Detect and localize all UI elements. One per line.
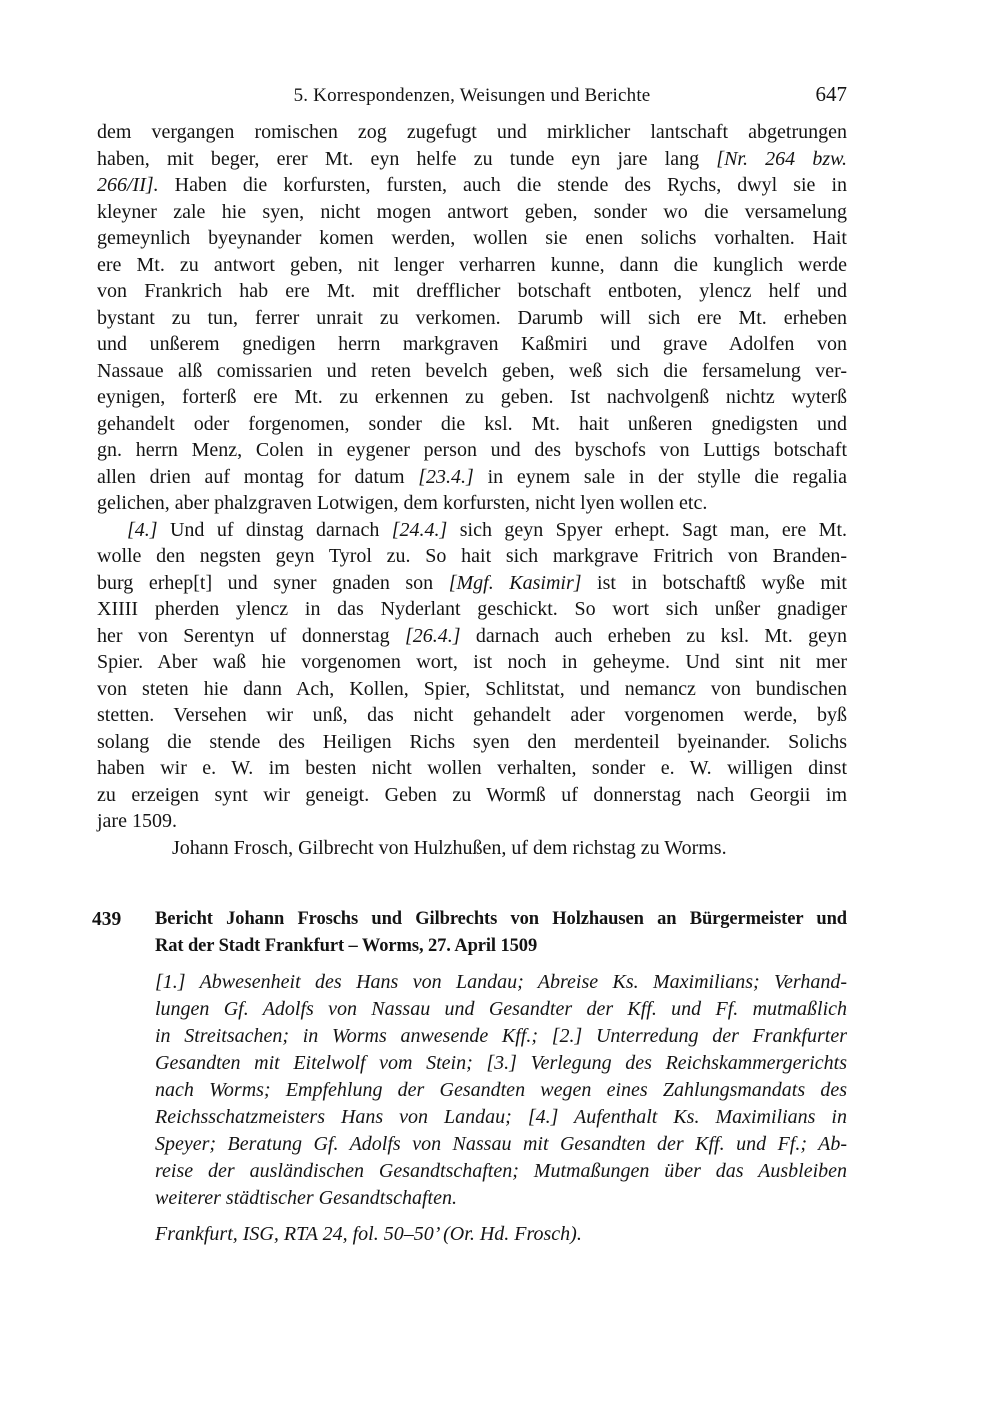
text-line: und unßerem gnedigen herrn markgraven Ka… <box>97 331 847 358</box>
page-number: 647 <box>816 82 848 106</box>
entry-439: 439 Bericht Johann Froschs und Gilbrecht… <box>92 906 847 1248</box>
text-line: allen drien auf montag for datum [23.4.]… <box>97 464 847 491</box>
text-line: nach Worms; Empfehlung der Gesandten weg… <box>155 1077 847 1104</box>
text-line: von steten hie dann Ach, Kollen, Spier, … <box>97 676 847 703</box>
entry-summary: [1.] Abwesenheit des Hans von Landau; Ab… <box>155 969 847 1212</box>
text-line: XIIII pherden ylencz in das Nyderlant ge… <box>97 596 847 623</box>
text-line: her von Serentyn uf donnerstag [26.4.] d… <box>97 623 847 650</box>
section-title: 5. Korrespondenzen, Weisungen und Berich… <box>97 84 847 108</box>
text-line: solang die stende des Heiligen Richs sye… <box>97 729 847 756</box>
text-line: Reichsschatzmeisters Hans von Landau; [4… <box>155 1104 847 1131</box>
letter-signature: Johann Frosch, Gilbrecht von Hulzhußen, … <box>97 835 847 862</box>
text-line: Spier. Aber waß hie vorgenomen wort, ist… <box>97 649 847 676</box>
text-line: Speyer; Beratung Gf. Adolfs von Nassau m… <box>155 1131 847 1158</box>
entry-content: Bericht Johann Froschs und Gilbrechts vo… <box>155 906 847 1248</box>
text-line: gelichen, aber phalzgraven Lotwigen, dem… <box>97 490 847 517</box>
text-line: ere Mt. zu antwort geben, nit lenger ver… <box>97 252 847 279</box>
text-line: [1.] Abwesenheit des Hans von Landau; Ab… <box>155 969 847 996</box>
text-line: in Streitsachen; in Worms anwesende Kff.… <box>155 1023 847 1050</box>
text-line: gemeynlich byeynander komen werden, woll… <box>97 225 847 252</box>
text-line: lungen Gf. Adolfs von Nassau und Gesandt… <box>155 996 847 1023</box>
text-line: von Frankrich hab ere Mt. mit dreffliche… <box>97 278 847 305</box>
text-line: weiterer städtischer Gesandtschaften. <box>155 1185 847 1212</box>
text-line: haben, mit beger, erer Mt. eyn helfe zu … <box>97 146 847 173</box>
text-line: dem vergangen romischen zog zugefugt und… <box>97 119 847 146</box>
text-line: Bericht Johann Froschs und Gilbrechts vo… <box>155 906 847 933</box>
text-line: gehandelt oder forgenomen, sonder die ks… <box>97 411 847 438</box>
text-line: Gesandten mit Eitelwolf vom Stein; [3.] … <box>155 1050 847 1077</box>
text-line: haben wir e. W. im besten nicht wollen v… <box>97 755 847 782</box>
entry-number: 439 <box>92 906 155 1248</box>
letter-lines: dem vergangen romischen zog zugefugt und… <box>97 119 847 835</box>
text-line: stetten. Versehen wir unß, das nicht geh… <box>97 702 847 729</box>
text-line: wolle den negsten geyn Tyrol zu. So hait… <box>97 543 847 570</box>
running-header: 5. Korrespondenzen, Weisungen und Berich… <box>97 84 847 110</box>
text-line: kleyner zale hie syen, nicht mogen antwo… <box>97 199 847 226</box>
entry-source-reference: Frankfurt, ISG, RTA 24, fol. 50–50’ (Or.… <box>155 1221 847 1248</box>
text-line: zu erzeigen synt wir geneigt. Geben zu W… <box>97 782 847 809</box>
text-line: reise der ausländischen Gesandtschaften;… <box>155 1158 847 1185</box>
text-line: 266/II]. Haben die korfursten, fursten, … <box>97 172 847 199</box>
text-line: gn. herrn Menz, Colen in eygener person … <box>97 437 847 464</box>
text-line: burg erhep[t] und syner gnaden son [Mgf.… <box>97 570 847 597</box>
entry-title: Bericht Johann Froschs und Gilbrechts vo… <box>155 906 847 960</box>
book-page: 5. Korrespondenzen, Weisungen und Berich… <box>0 0 1004 1418</box>
text-line: Rat der Stadt Frankfurt – Worms, 27. Apr… <box>155 933 847 960</box>
text-line: jare 1509. <box>97 808 847 835</box>
text-line: eynigen, forterß ere Mt. zu erkennen zu … <box>97 384 847 411</box>
text-line: [4.] Und uf dinstag darnach [24.4.] sich… <box>97 517 847 544</box>
text-line: Nassaue alß comissarien und reten bevelc… <box>97 358 847 385</box>
letter-text-block: dem vergangen romischen zog zugefugt und… <box>97 119 847 861</box>
text-line: bystant zu tun, ferrer unrait zu verkome… <box>97 305 847 332</box>
